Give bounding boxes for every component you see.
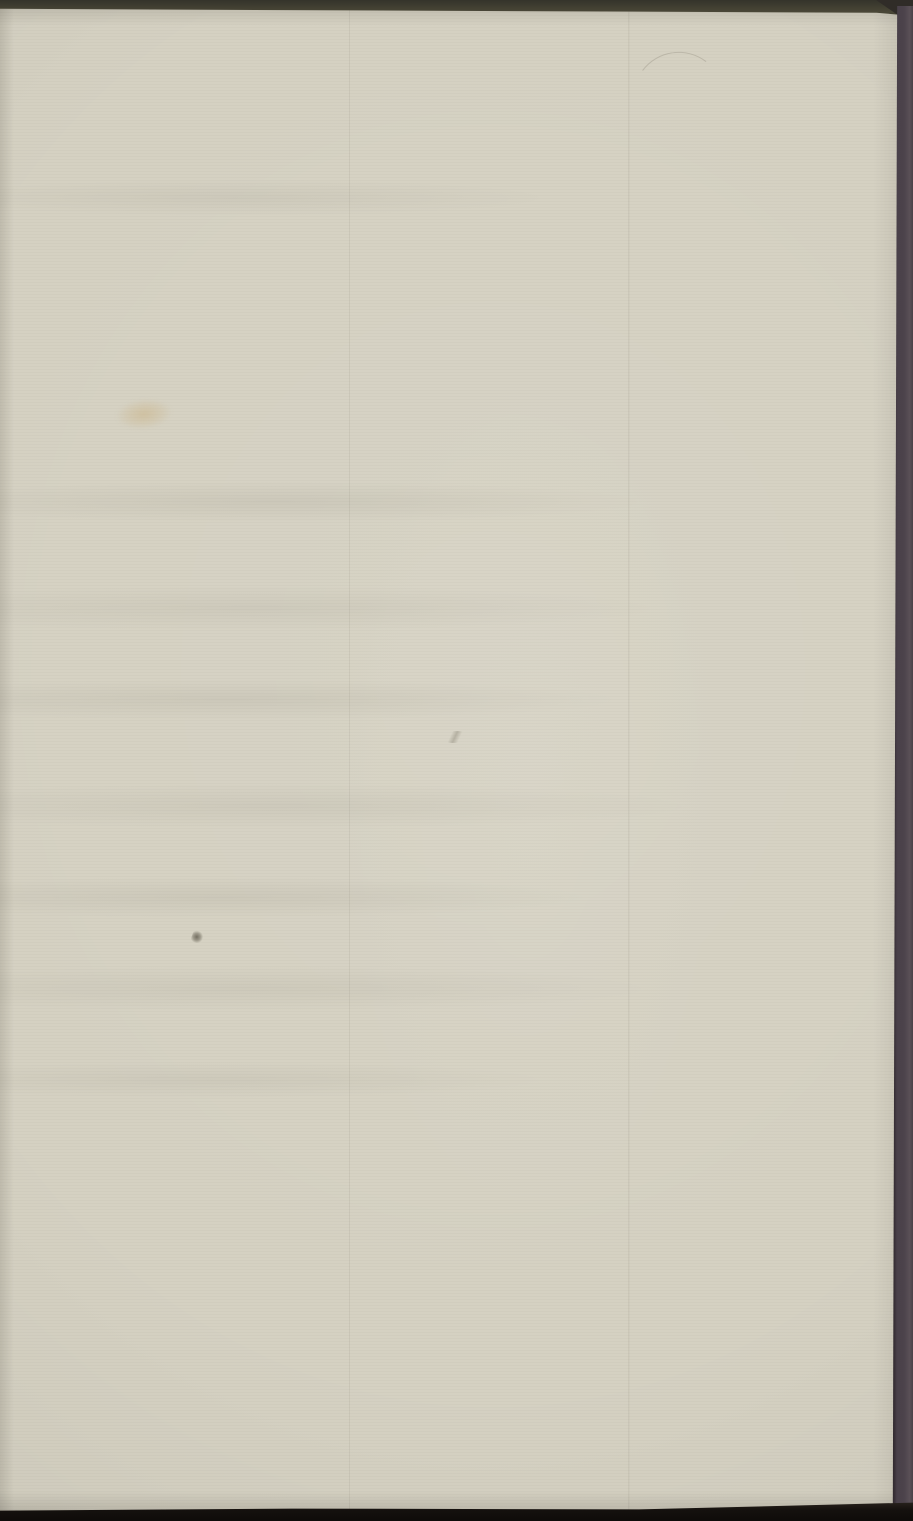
paper-texture — [0, 0, 913, 1521]
blank-page — [0, 0, 913, 1521]
paper-stain — [115, 396, 174, 432]
paper-crease-mark — [436, 731, 474, 743]
scanned-book-page — [0, 0, 913, 1521]
